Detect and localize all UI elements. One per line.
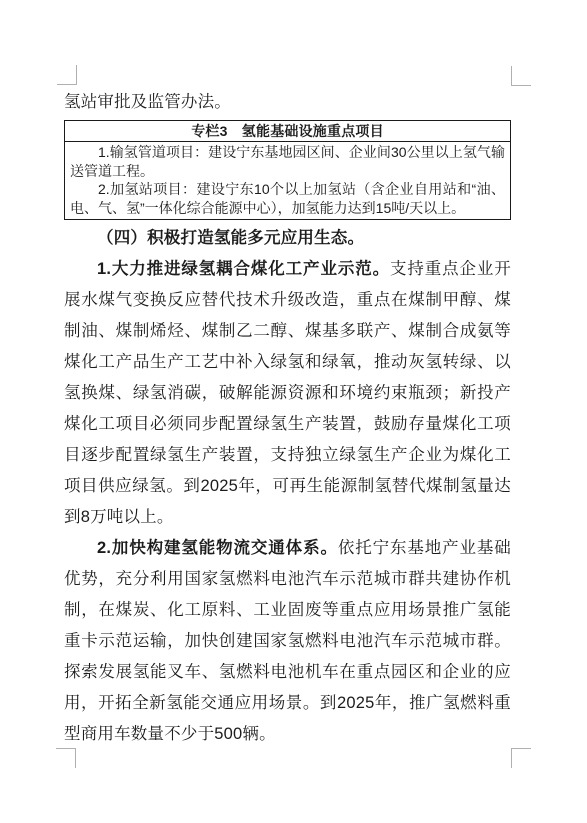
- margin-crop-mark-bottom-right: [511, 748, 531, 768]
- paragraph-1-lead: 1.大力推进绿氢耦合煤化工产业示范。: [97, 260, 390, 278]
- callout-box-title: 专栏3 氢能基础设施重点项目: [65, 121, 511, 142]
- continuation-paragraph: 氢站审批及监管办法。: [64, 87, 511, 118]
- margin-crop-mark-bottom-left: [56, 748, 76, 768]
- paragraph-2-body: 依托宁东基地产业基础优势，充分利用国家氢燃料电池汽车示范城市群共建协作机制，在煤…: [64, 539, 511, 743]
- callout-box: 专栏3 氢能基础设施重点项目 1.输氢管道项目：建设宁东基地园区间、企业间30公…: [64, 120, 511, 220]
- callout-item-refueling-station: 2.加氢站项目：建设宁东10个以上加氢站（含企业自用站和“油、电、气、氢”一体化…: [70, 180, 505, 217]
- paragraph-1-body: 支持重点企业开展水煤气变换反应替代技术升级改造，重点在煤制甲醇、煤制油、煤制烯烃…: [64, 260, 511, 526]
- numbered-paragraph-1: 1.大力推进绿氢耦合煤化工产业示范。支持重点企业开展水煤气变换反应替代技术升级改…: [64, 254, 511, 533]
- callout-box-body: 1.输氢管道项目：建设宁东基地园区间、企业间30公里以上氢气输送管道工程。 2.…: [65, 142, 511, 220]
- document-page: 氢站审批及监管办法。 专栏3 氢能基础设施重点项目 1.输氢管道项目：建设宁东基…: [0, 0, 587, 823]
- numbered-paragraph-2: 2.加快构建氢能物流交通体系。依托宁东基地产业基础优势，充分利用国家氢燃料电池汽…: [64, 533, 511, 750]
- page-content: 氢站审批及监管办法。 专栏3 氢能基础设施重点项目 1.输氢管道项目：建设宁东基…: [64, 87, 511, 750]
- margin-crop-mark-top-right: [511, 66, 531, 86]
- callout-item-pipeline: 1.输氢管道项目：建设宁东基地园区间、企业间30公里以上氢气输送管道工程。: [70, 143, 505, 180]
- margin-crop-mark-top-left: [57, 65, 77, 85]
- paragraph-2-lead: 2.加快构建氢能物流交通体系。: [97, 539, 338, 557]
- section-heading: （四）积极打造氢能多元应用生态。: [64, 223, 511, 254]
